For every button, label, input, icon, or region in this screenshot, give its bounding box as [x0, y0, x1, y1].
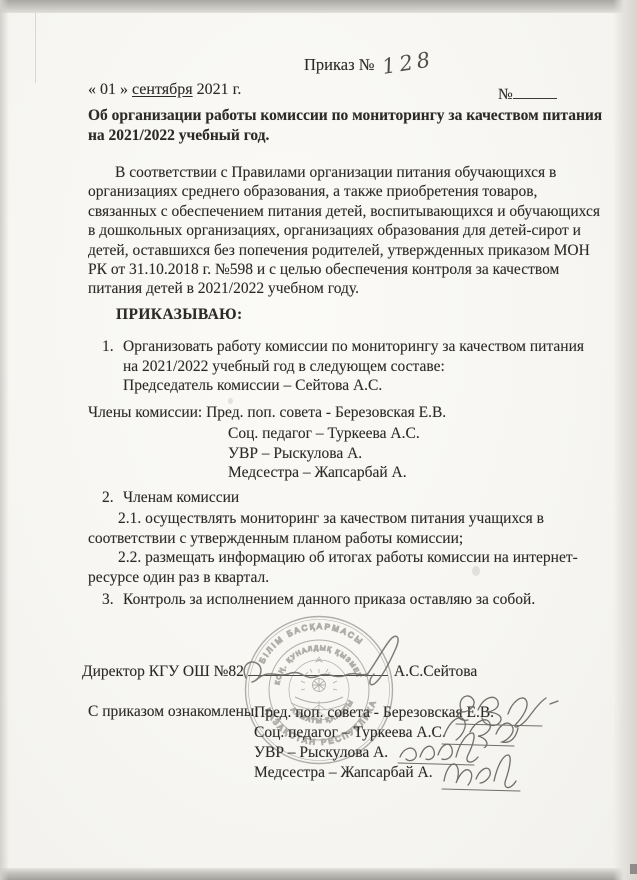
scan-edge-right — [613, 0, 637, 880]
order-item-3: 3.Контроль за исполнением данного приказ… — [102, 591, 535, 609]
date-month-underlined: сентября — [132, 81, 193, 98]
paper-crease — [35, 13, 36, 83]
item-text: Председатель комиссии – Сейтова А.С. — [102, 376, 584, 396]
order-heading: Приказ №128 — [304, 51, 435, 75]
preamble-line: связанных с обеспечением питания детей, … — [88, 202, 600, 221]
member-item: Медсестра – Жапсарбай А. — [228, 463, 420, 483]
scanned-order-document: Приказ №128 « 01 » сентября 2021 г. № Об… — [0, 0, 637, 880]
preamble-line: питания детей в 2021/2022 учебном году. — [88, 279, 600, 298]
preamble-line: детей, оставшихся без попечения родителе… — [88, 241, 600, 260]
committee-members-line: Члены комиссии: Пред. поп. совета - Бере… — [88, 404, 446, 422]
preamble-paragraph: В соответствии с Правилами организации п… — [88, 163, 600, 299]
director-label: Директор КГУ ОШ №82 — [82, 663, 244, 680]
member-list: Соц. педагог – Туркеева А.С. УВР – Рыску… — [228, 424, 420, 483]
sub-item-2-2: 2.2. размещать информацию об итогах рабо… — [88, 548, 578, 587]
sub-item-text: 2.1. осуществлять мониторинг за качество… — [88, 509, 544, 529]
scan-edge-left — [0, 0, 9, 880]
number-blank-line — [513, 83, 557, 99]
title-line: на 2021/2022 учебный год. — [88, 126, 602, 146]
item-number: 2. — [102, 489, 123, 507]
item-number: 1. — [102, 337, 123, 357]
sub-item-text: соответствии с утвержденным планом работ… — [88, 529, 544, 549]
preamble-line: организациях среднего образования, а так… — [88, 182, 600, 201]
member-item: Соц. педагог – Туркеева А.С. — [228, 424, 420, 444]
date-suffix: 2021 г. — [197, 81, 242, 98]
item-text: Членам комиссии — [123, 489, 239, 506]
sub-item-2-1: 2.1. осуществлять мониторинг за качество… — [88, 509, 544, 548]
item-text: Организовать работу комиссии по монитори… — [123, 338, 584, 355]
preamble-line: В соответствии с Правилами организации п… — [88, 163, 600, 182]
sub-item-text: 2.2. размещать информацию об итогах рабо… — [88, 548, 578, 568]
item-number: 3. — [102, 591, 123, 609]
item-text: на 2021/2022 учебный год в следующем сос… — [102, 357, 584, 377]
resolve-keyword: ПРИКАЗЫВАЮ: — [116, 306, 243, 324]
document-title: Об организации работы комиссии по монито… — [88, 106, 602, 145]
date-line: « 01 » сентября 2021 г. — [88, 81, 241, 99]
preamble-line: РК от 31.10.2018 г. №598 и с целью обесп… — [88, 260, 600, 279]
scan-corner-mark — [630, 864, 637, 874]
item-text: Контроль за исполнением данного приказа … — [123, 591, 535, 608]
order-item-2: 2.Членам комиссии — [102, 489, 239, 507]
director-signature — [238, 634, 413, 692]
signature-zhapsarbay — [436, 753, 528, 795]
date-prefix: « 01 » — [88, 81, 128, 98]
member-item: УВР – Рыскулова А. — [228, 444, 420, 464]
scan-edge-top — [0, 0, 637, 13]
member-item: Пред. поп. совета - Березовская Е.В. — [206, 404, 446, 421]
scan-edge-bottom — [0, 868, 637, 880]
acknowledgement-label: С приказом ознакомлены: — [88, 703, 259, 721]
preamble-line: в дошкольных организациях, организациях … — [88, 221, 600, 240]
members-label: Члены комиссии: — [88, 404, 202, 421]
sub-item-text: ресурсе один раз в квартал. — [88, 568, 578, 588]
handwritten-order-number: 128 — [381, 47, 436, 79]
order-label: Приказ № — [304, 55, 374, 74]
number-sign: № — [498, 86, 513, 103]
title-line: Об организации работы комиссии по монито… — [88, 106, 602, 126]
order-item-1: 1.Организовать работу комиссии по монито… — [102, 337, 584, 396]
number-blank-field: № — [498, 83, 557, 104]
